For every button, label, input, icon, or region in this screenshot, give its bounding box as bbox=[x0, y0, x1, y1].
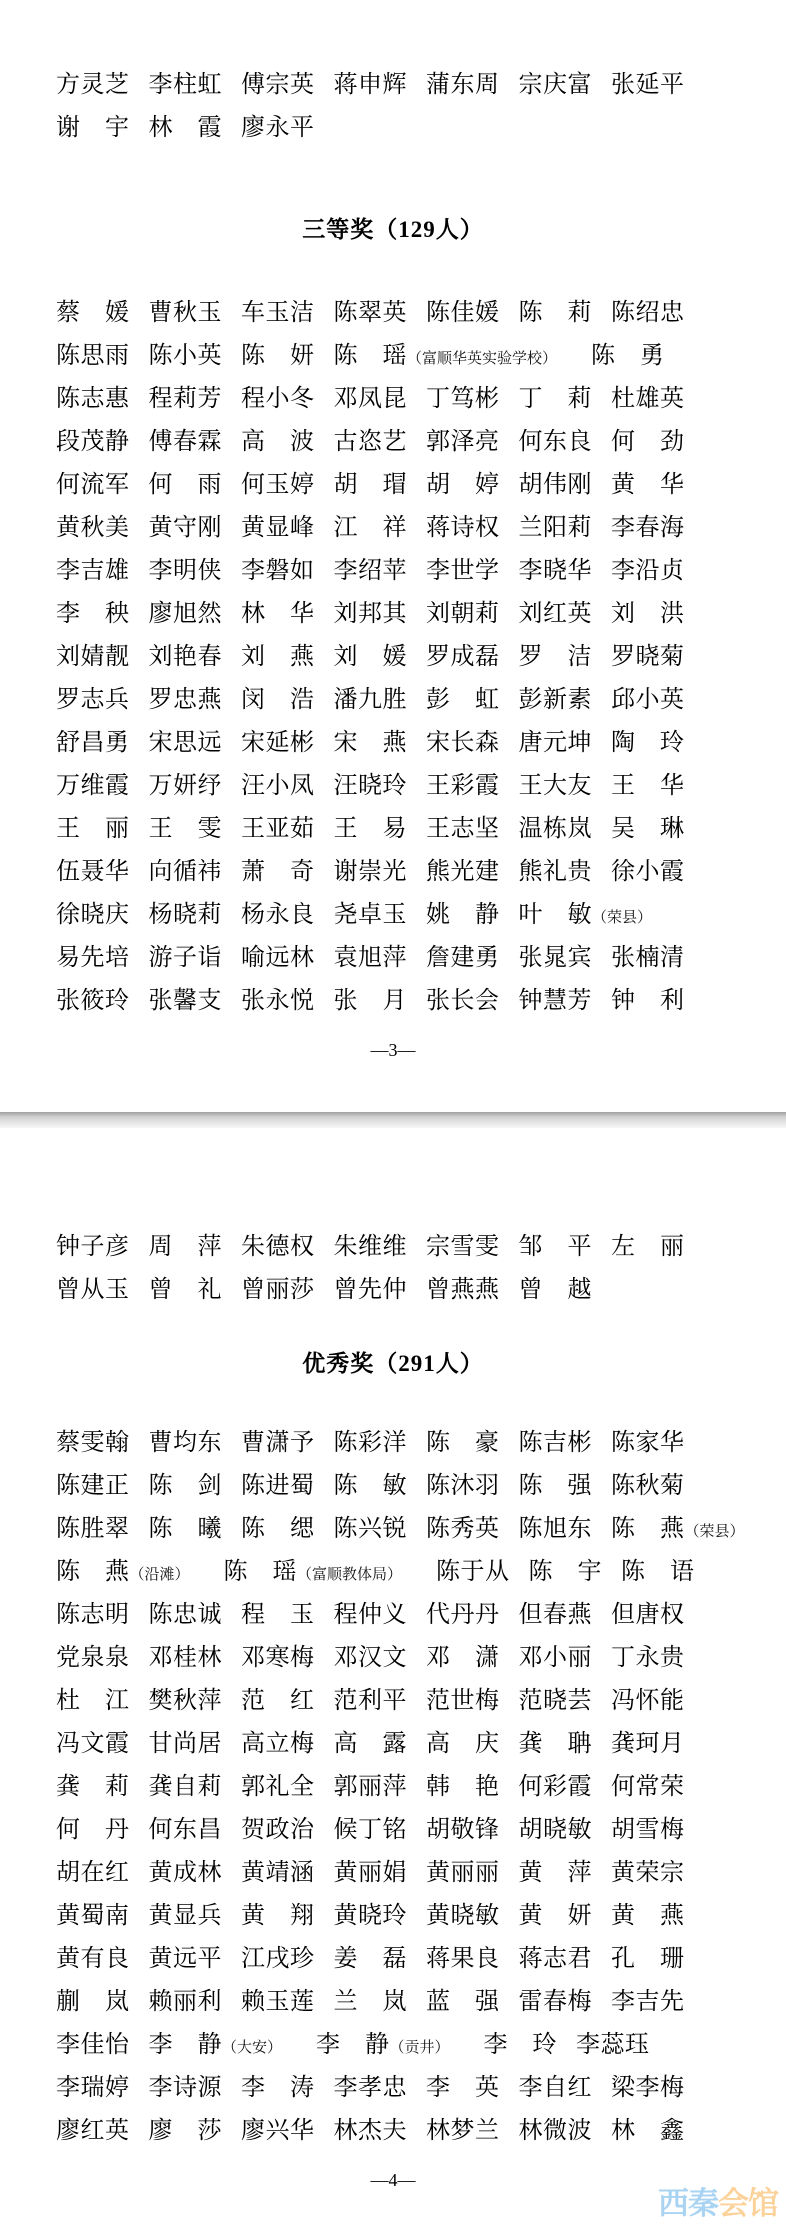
name: 吴 琳 bbox=[611, 816, 685, 842]
name-row: 陈志明陈忠诚程 玉程仲义代丹丹但春燕但唐权 bbox=[0, 1594, 786, 1637]
name: 张楠清 bbox=[611, 945, 685, 971]
name: 刘 媛 bbox=[334, 644, 408, 670]
name: 李 静 bbox=[316, 2032, 390, 2058]
name-row: 刘婧靓刘艳春刘 燕刘 媛罗成磊罗 洁罗晓菊 bbox=[0, 636, 786, 679]
name: 李磐如 bbox=[241, 558, 315, 584]
name: 陈 勇 bbox=[591, 343, 665, 369]
name: 黄靖涵 bbox=[241, 1860, 315, 1886]
name: 黄守刚 bbox=[149, 515, 223, 541]
document-page: 方灵芝李柱虹傅宗英蒋申辉蒲东周宗庆富张延平谢 宇林 霞廖永平三等奖（129人）蔡… bbox=[0, 0, 786, 1112]
name: 黄成林 bbox=[149, 1860, 223, 1886]
name: 黄晓敏 bbox=[426, 1903, 500, 1929]
name: 罗忠燕 bbox=[149, 687, 223, 713]
name: 候丁铭 bbox=[334, 1817, 408, 1843]
name: 曾 越 bbox=[519, 1277, 593, 1303]
name: 龚自莉 bbox=[149, 1774, 223, 1800]
name: 黄丽丽 bbox=[426, 1860, 500, 1886]
name: 李瑞婷 bbox=[56, 2075, 130, 2101]
name: 邓汉文 bbox=[334, 1645, 408, 1671]
name: 潘九胜 bbox=[334, 687, 408, 713]
name-row: 方灵芝李柱虹傅宗英蒋申辉蒲东周宗庆富张延平 bbox=[0, 64, 786, 107]
name-row: 黄有良黄远平江戌珍姜 磊蒋果良蒋志君孔 珊 bbox=[0, 1938, 786, 1981]
name: 段茂静 bbox=[56, 429, 130, 455]
name: 何玉婷 bbox=[241, 472, 315, 498]
name: 萧 奇 bbox=[241, 859, 315, 885]
name-note: （荣县） bbox=[685, 1524, 745, 1540]
name-row: 蒯 岚赖丽利赖玉莲兰 岚蓝 强雷春梅李吉先 bbox=[0, 1981, 786, 2024]
name: 陈绍忠 bbox=[611, 300, 685, 326]
name: 曾 礼 bbox=[149, 1277, 223, 1303]
name: 黄 萍 bbox=[519, 1860, 593, 1886]
name-row: 龚 莉龚自莉郭礼全郭丽萍韩 艳何彩霞何常荣 bbox=[0, 1766, 786, 1809]
name: 胡敬锋 bbox=[426, 1817, 500, 1843]
name: 何彩霞 bbox=[519, 1774, 593, 1800]
name: 张延平 bbox=[611, 72, 685, 98]
name: 李春海 bbox=[611, 515, 685, 541]
name: 邱小英 bbox=[611, 687, 685, 713]
name: 古恣艺 bbox=[334, 429, 408, 455]
name: 陈秋菊 bbox=[611, 1473, 685, 1499]
name: 赖丽利 bbox=[149, 1989, 223, 2015]
name: 宋 燕 bbox=[334, 730, 408, 756]
name-row: 陈胜翠陈 曦陈 缌陈兴锐陈秀英陈旭东陈 燕（荣县） bbox=[0, 1508, 786, 1551]
name: 陶 玲 bbox=[611, 730, 685, 756]
name: 曾燕燕 bbox=[426, 1277, 500, 1303]
name: 王志坚 bbox=[426, 816, 500, 842]
name-row: 陈建正陈 剑陈进蜀陈 敏陈沐羽陈 强陈秋菊 bbox=[0, 1465, 786, 1508]
name: 陈翠英 bbox=[334, 300, 408, 326]
award-heading: 三等奖（129人） bbox=[0, 214, 786, 246]
name: 刘艳春 bbox=[149, 644, 223, 670]
name: 郭丽萍 bbox=[334, 1774, 408, 1800]
name: 宗庆富 bbox=[519, 72, 593, 98]
name: 陈 妍 bbox=[241, 343, 315, 369]
name: 蒋志君 bbox=[519, 1946, 593, 1972]
name: 丁 莉 bbox=[519, 386, 593, 412]
name-note: （大安） bbox=[222, 2040, 282, 2056]
name: 高立梅 bbox=[241, 1731, 315, 1757]
name: 傅宗英 bbox=[241, 72, 315, 98]
name: 万维霞 bbox=[56, 773, 130, 799]
name-row: 伍聂华向循祎萧 奇谢崇光熊光建熊礼贵徐小霞 bbox=[0, 851, 786, 894]
name: 陈小英 bbox=[149, 343, 223, 369]
name: 黄有良 bbox=[56, 1946, 130, 1972]
name-note: （富顺华英实验学校） bbox=[407, 351, 557, 367]
name: 林 华 bbox=[241, 601, 315, 627]
name: 陈 豪 bbox=[426, 1430, 500, 1456]
watermark-text-blue: 西秦 bbox=[658, 2186, 718, 2221]
name: 李孝忠 bbox=[334, 2075, 408, 2101]
name: 宗雪雯 bbox=[426, 1234, 500, 1260]
name: 刘邦其 bbox=[334, 601, 408, 627]
name: 樊秋萍 bbox=[149, 1688, 223, 1714]
name: 伍聂华 bbox=[56, 859, 130, 885]
name: 但春燕 bbox=[519, 1602, 593, 1628]
name-row: 曾从玉曾 礼曾丽莎曾先仲曾燕燕曾 越 bbox=[0, 1269, 786, 1312]
name: 黄 华 bbox=[611, 472, 685, 498]
name: 陈旭东 bbox=[519, 1516, 593, 1542]
name-row: 黄蜀南黄显兵黄 翔黄晓玲黄晓敏黄 妍黄 燕 bbox=[0, 1895, 786, 1938]
award-heading: 优秀奖（291人） bbox=[0, 1348, 786, 1380]
name: 易先培 bbox=[56, 945, 130, 971]
name: 范利平 bbox=[334, 1688, 408, 1714]
name: 胡在红 bbox=[56, 1860, 130, 1886]
name: 陈志惠 bbox=[56, 386, 130, 412]
name: 陈 燕 bbox=[611, 1516, 685, 1542]
name: 何常荣 bbox=[611, 1774, 685, 1800]
name: 胡 瑁 bbox=[334, 472, 408, 498]
name: 龚珂月 bbox=[611, 1731, 685, 1757]
name: 程莉芳 bbox=[149, 386, 223, 412]
name: 宋长森 bbox=[426, 730, 500, 756]
name: 李吉雄 bbox=[56, 558, 130, 584]
page-number: —3— bbox=[0, 1037, 786, 1063]
name: 廖红英 bbox=[56, 2118, 130, 2144]
name: 江戌珍 bbox=[241, 1946, 315, 1972]
name: 曾先仲 bbox=[334, 1277, 408, 1303]
name: 代丹丹 bbox=[426, 1602, 500, 1628]
name: 杨永良 bbox=[241, 902, 315, 928]
name: 车玉洁 bbox=[241, 300, 315, 326]
name-row: 钟子彦周 萍朱德权朱维维宗雪雯邹 平左 丽 bbox=[0, 1226, 786, 1269]
name: 李晓华 bbox=[519, 558, 593, 584]
name: 林微波 bbox=[519, 2118, 593, 2144]
name: 朱维维 bbox=[334, 1234, 408, 1260]
name: 王彩霞 bbox=[426, 773, 500, 799]
document-viewer: 方灵芝李柱虹傅宗英蒋申辉蒲东周宗庆富张延平谢 宇林 霞廖永平三等奖（129人）蔡… bbox=[0, 0, 786, 2227]
name: 丁笃彬 bbox=[426, 386, 500, 412]
name: 高 波 bbox=[241, 429, 315, 455]
name: 陈 莉 bbox=[519, 300, 593, 326]
name-row: 李吉雄李明侠李磐如李绍苹李世学李晓华李沿贞 bbox=[0, 550, 786, 593]
name: 刘婧靓 bbox=[56, 644, 130, 670]
name: 廖永平 bbox=[241, 115, 315, 141]
name: 程 玉 bbox=[241, 1602, 315, 1628]
name: 刘朝莉 bbox=[426, 601, 500, 627]
name-note: （富顺教体局） bbox=[297, 1567, 402, 1583]
name: 李 静 bbox=[149, 2032, 223, 2058]
name: 黄丽娟 bbox=[334, 1860, 408, 1886]
name: 陈吉彬 bbox=[519, 1430, 593, 1456]
name: 邓小丽 bbox=[519, 1645, 593, 1671]
name: 朱德权 bbox=[241, 1234, 315, 1260]
name: 万妍纾 bbox=[149, 773, 223, 799]
name-row: 蔡雯翰曹均东曹潇予陈彩洋陈 豪陈吉彬陈家华 bbox=[0, 1422, 786, 1465]
name: 王 雯 bbox=[149, 816, 223, 842]
name: 黄远平 bbox=[149, 1946, 223, 1972]
name: 邓凤昆 bbox=[334, 386, 408, 412]
name: 何东昌 bbox=[149, 1817, 223, 1843]
name: 张筱玲 bbox=[56, 988, 130, 1014]
name-note: （荣县） bbox=[592, 910, 652, 926]
name: 范晓芸 bbox=[519, 1688, 593, 1714]
name: 王大友 bbox=[519, 773, 593, 799]
name: 谢 宇 bbox=[56, 115, 130, 141]
name: 何东良 bbox=[519, 429, 593, 455]
name: 罗志兵 bbox=[56, 687, 130, 713]
name: 陈思雨 bbox=[56, 343, 130, 369]
name: 陈佳媛 bbox=[426, 300, 500, 326]
name: 李 秧 bbox=[56, 601, 130, 627]
name-note: （贡井） bbox=[390, 2040, 450, 2056]
name: 陈 曦 bbox=[149, 1516, 223, 1542]
name: 汪小凤 bbox=[241, 773, 315, 799]
name: 陈兴锐 bbox=[334, 1516, 408, 1542]
name: 陈志明 bbox=[56, 1602, 130, 1628]
name-row: 王 丽王 雯王亚茹王 易王志坚温栋岚吴 琳 bbox=[0, 808, 786, 851]
name: 傅春霖 bbox=[149, 429, 223, 455]
name: 冯怀能 bbox=[611, 1688, 685, 1714]
name: 李世学 bbox=[426, 558, 500, 584]
name: 李 涛 bbox=[241, 2075, 315, 2101]
name-row: 陈思雨陈小英陈 妍陈 瑶（富顺华英实验学校）陈 勇 bbox=[0, 335, 786, 378]
name: 何流军 bbox=[56, 472, 130, 498]
name: 杨晓莉 bbox=[149, 902, 223, 928]
name: 王 易 bbox=[334, 816, 408, 842]
name-row: 陈 燕（沿滩）陈 瑶（富顺教体局）陈于从陈 宇陈 语 bbox=[0, 1551, 786, 1594]
name: 陈 燕 bbox=[56, 1559, 130, 1585]
name: 黄荣宗 bbox=[611, 1860, 685, 1886]
name: 刘 洪 bbox=[611, 601, 685, 627]
name-row: 蔡 媛曹秋玉车玉洁陈翠英陈佳媛陈 莉陈绍忠 bbox=[0, 292, 786, 335]
name: 蓝 强 bbox=[426, 1989, 500, 2015]
name: 雷春梅 bbox=[519, 1989, 593, 2015]
name-row: 张筱玲张馨支张永悦张 月张长会钟慧芳钟 利 bbox=[0, 980, 786, 1023]
name-row: 罗志兵罗忠燕闵 浩潘九胜彭 虹彭新素邱小英 bbox=[0, 679, 786, 722]
name: 曹均东 bbox=[149, 1430, 223, 1456]
name: 何 雨 bbox=[149, 472, 223, 498]
name: 尧卓玉 bbox=[334, 902, 408, 928]
name: 方灵芝 bbox=[56, 72, 130, 98]
name: 陈彩洋 bbox=[334, 1430, 408, 1456]
name-row: 谢 宇林 霞廖永平 bbox=[0, 107, 786, 150]
name-row: 段茂静傅春霖高 波古恣艺郭泽亮何东良何 劲 bbox=[0, 421, 786, 464]
name: 邓寒梅 bbox=[241, 1645, 315, 1671]
name: 黄秋美 bbox=[56, 515, 130, 541]
name-row: 李佳怡李 静（大安）李 静（贡井）李 玲李蕊珏 bbox=[0, 2024, 786, 2067]
name: 詹建勇 bbox=[426, 945, 500, 971]
name: 熊礼贵 bbox=[519, 859, 593, 885]
name: 唐元坤 bbox=[519, 730, 593, 756]
name: 姚 静 bbox=[426, 902, 500, 928]
name: 曾丽莎 bbox=[241, 1277, 315, 1303]
name: 罗晓菊 bbox=[611, 644, 685, 670]
name: 彭 虹 bbox=[426, 687, 500, 713]
name: 郭泽亮 bbox=[426, 429, 500, 455]
name: 李诗源 bbox=[149, 2075, 223, 2101]
name: 陈 宇 bbox=[529, 1559, 603, 1585]
name: 陈进蜀 bbox=[241, 1473, 315, 1499]
name: 郭礼全 bbox=[241, 1774, 315, 1800]
name: 陈 剑 bbox=[149, 1473, 223, 1499]
name: 黄显兵 bbox=[149, 1903, 223, 1929]
name: 彭新素 bbox=[519, 687, 593, 713]
name: 陈沐羽 bbox=[426, 1473, 500, 1499]
name: 但唐权 bbox=[611, 1602, 685, 1628]
name: 江 祥 bbox=[334, 515, 408, 541]
name: 李佳怡 bbox=[56, 2032, 130, 2058]
name: 刘红英 bbox=[519, 601, 593, 627]
name: 蒋果良 bbox=[426, 1946, 500, 1972]
name: 曾从玉 bbox=[56, 1277, 130, 1303]
name: 汪晓玲 bbox=[334, 773, 408, 799]
name-row: 何 丹何东昌贺政治候丁铭胡敬锋胡晓敏胡雪梅 bbox=[0, 1809, 786, 1852]
watermark-text-orange: 会馆 bbox=[718, 2186, 778, 2221]
name: 孔 珊 bbox=[611, 1946, 685, 1972]
name: 胡 婷 bbox=[426, 472, 500, 498]
name: 杜雄英 bbox=[611, 386, 685, 412]
name: 陈 语 bbox=[621, 1559, 695, 1585]
name: 宋思远 bbox=[149, 730, 223, 756]
name: 范世梅 bbox=[426, 1688, 500, 1714]
name: 林 鑫 bbox=[611, 2118, 685, 2144]
name: 姜 磊 bbox=[334, 1946, 408, 1972]
name: 周 萍 bbox=[149, 1234, 223, 1260]
name: 舒昌勇 bbox=[56, 730, 130, 756]
name: 陈 瑶 bbox=[334, 343, 408, 369]
name: 张馨支 bbox=[149, 988, 223, 1014]
name: 钟 利 bbox=[611, 988, 685, 1014]
name: 向循祎 bbox=[149, 859, 223, 885]
name-row: 杜 江樊秋萍范 红范利平范世梅范晓芸冯怀能 bbox=[0, 1680, 786, 1723]
name: 陈胜翠 bbox=[56, 1516, 130, 1542]
name: 陈忠诚 bbox=[149, 1602, 223, 1628]
name-row: 廖红英廖 莎廖兴华林杰夫林梦兰林微波林 鑫 bbox=[0, 2110, 786, 2153]
name-row: 冯文霞甘尚居高立梅高 露高 庆龚 聃龚珂月 bbox=[0, 1723, 786, 1766]
name: 李吉先 bbox=[611, 1989, 685, 2015]
name: 陈于从 bbox=[436, 1559, 510, 1585]
name: 杜 江 bbox=[56, 1688, 130, 1714]
name: 温栋岚 bbox=[519, 816, 593, 842]
name: 蔡雯翰 bbox=[56, 1430, 130, 1456]
name: 张晁宾 bbox=[519, 945, 593, 971]
name: 游子诣 bbox=[149, 945, 223, 971]
name: 高 露 bbox=[334, 1731, 408, 1757]
name: 曹潇予 bbox=[241, 1430, 315, 1456]
name: 龚 莉 bbox=[56, 1774, 130, 1800]
name: 袁旭萍 bbox=[334, 945, 408, 971]
name: 陈 强 bbox=[519, 1473, 593, 1499]
name: 王 华 bbox=[611, 773, 685, 799]
name: 李自红 bbox=[519, 2075, 593, 2101]
name: 李 玲 bbox=[484, 2032, 558, 2058]
name: 刘 燕 bbox=[241, 644, 315, 670]
name: 林杰夫 bbox=[334, 2118, 408, 2144]
name: 梁李梅 bbox=[611, 2075, 685, 2101]
name: 宋延彬 bbox=[241, 730, 315, 756]
name: 陈建正 bbox=[56, 1473, 130, 1499]
name: 李柱虹 bbox=[149, 72, 223, 98]
name: 廖 莎 bbox=[149, 2118, 223, 2144]
name: 甘尚居 bbox=[149, 1731, 223, 1757]
name: 熊光建 bbox=[426, 859, 500, 885]
name: 韩 艳 bbox=[426, 1774, 500, 1800]
name-row: 何流军何 雨何玉婷胡 瑁胡 婷胡伟刚黄 华 bbox=[0, 464, 786, 507]
name: 张永悦 bbox=[241, 988, 315, 1014]
name: 罗成磊 bbox=[426, 644, 500, 670]
name-row: 李 秧廖旭然林 华刘邦其刘朝莉刘红英刘 洪 bbox=[0, 593, 786, 636]
name: 李绍苹 bbox=[334, 558, 408, 584]
name: 林 霞 bbox=[149, 115, 223, 141]
name: 李沿贞 bbox=[611, 558, 685, 584]
name: 丁永贵 bbox=[611, 1645, 685, 1671]
name: 黄晓玲 bbox=[334, 1903, 408, 1929]
name: 黄蜀南 bbox=[56, 1903, 130, 1929]
name: 何 劲 bbox=[611, 429, 685, 455]
name: 龚 聃 bbox=[519, 1731, 593, 1757]
name: 蒯 岚 bbox=[56, 1989, 130, 2015]
name: 兰阳莉 bbox=[519, 515, 593, 541]
name: 罗 洁 bbox=[519, 644, 593, 670]
name-note: （沿滩） bbox=[130, 1567, 190, 1583]
name: 陈家华 bbox=[611, 1430, 685, 1456]
name-row: 李瑞婷李诗源李 涛李孝忠李 英李自红梁李梅 bbox=[0, 2067, 786, 2110]
name: 陈 敏 bbox=[334, 1473, 408, 1499]
name: 邓 潇 bbox=[426, 1645, 500, 1671]
name: 钟子彦 bbox=[56, 1234, 130, 1260]
name: 喻远林 bbox=[241, 945, 315, 971]
name: 赖玉莲 bbox=[241, 1989, 315, 2015]
name: 钟慧芳 bbox=[519, 988, 593, 1014]
name-row: 徐晓庆杨晓莉杨永良尧卓玉姚 静叶 敏（荣县） bbox=[0, 894, 786, 937]
name: 黄 妍 bbox=[519, 1903, 593, 1929]
name: 何 丹 bbox=[56, 1817, 130, 1843]
name: 黄 燕 bbox=[611, 1903, 685, 1929]
name: 林梦兰 bbox=[426, 2118, 500, 2144]
name: 蒲东周 bbox=[426, 72, 500, 98]
name: 黄显峰 bbox=[241, 515, 315, 541]
name: 邓桂林 bbox=[149, 1645, 223, 1671]
name: 兰 岚 bbox=[334, 1989, 408, 2015]
name: 陈 瑶 bbox=[224, 1559, 298, 1585]
name: 廖旭然 bbox=[149, 601, 223, 627]
name: 谢崇光 bbox=[334, 859, 408, 885]
name: 李明侠 bbox=[149, 558, 223, 584]
name: 徐小霞 bbox=[611, 859, 685, 885]
name-row: 党泉泉邓桂林邓寒梅邓汉文邓 潇邓小丽丁永贵 bbox=[0, 1637, 786, 1680]
name-row: 易先培游子诣喻远林袁旭萍詹建勇张晁宾张楠清 bbox=[0, 937, 786, 980]
page-separator bbox=[0, 1112, 786, 1128]
name-row: 舒昌勇宋思远宋延彬宋 燕宋长森唐元坤陶 玲 bbox=[0, 722, 786, 765]
name: 张 月 bbox=[334, 988, 408, 1014]
name: 王 丽 bbox=[56, 816, 130, 842]
name: 闵 浩 bbox=[241, 687, 315, 713]
name: 胡雪梅 bbox=[611, 1817, 685, 1843]
name: 党泉泉 bbox=[56, 1645, 130, 1671]
name: 张长会 bbox=[426, 988, 500, 1014]
name: 黄 翔 bbox=[241, 1903, 315, 1929]
name: 曹秋玉 bbox=[149, 300, 223, 326]
name: 蔡 媛 bbox=[56, 300, 130, 326]
name: 李蕊珏 bbox=[576, 2032, 650, 2058]
watermark: 西秦会馆 bbox=[658, 2186, 778, 2222]
name: 程仲义 bbox=[334, 1602, 408, 1628]
name: 邹 平 bbox=[519, 1234, 593, 1260]
name: 廖兴华 bbox=[241, 2118, 315, 2144]
name: 李 英 bbox=[426, 2075, 500, 2101]
name-row: 胡在红黄成林黄靖涵黄丽娟黄丽丽黄 萍黄荣宗 bbox=[0, 1852, 786, 1895]
document-page: 钟子彦周 萍朱德权朱维维宗雪雯邹 平左 丽曾从玉曾 礼曾丽莎曾先仲曾燕燕曾 越优… bbox=[0, 1128, 786, 2227]
name: 冯文霞 bbox=[56, 1731, 130, 1757]
name: 贺政治 bbox=[241, 1817, 315, 1843]
name: 陈秀英 bbox=[426, 1516, 500, 1542]
name: 左 丽 bbox=[611, 1234, 685, 1260]
name: 蒋申辉 bbox=[334, 72, 408, 98]
name: 陈 缌 bbox=[241, 1516, 315, 1542]
name: 蒋诗权 bbox=[426, 515, 500, 541]
name: 胡伟刚 bbox=[519, 472, 593, 498]
name: 叶 敏 bbox=[519, 902, 593, 928]
